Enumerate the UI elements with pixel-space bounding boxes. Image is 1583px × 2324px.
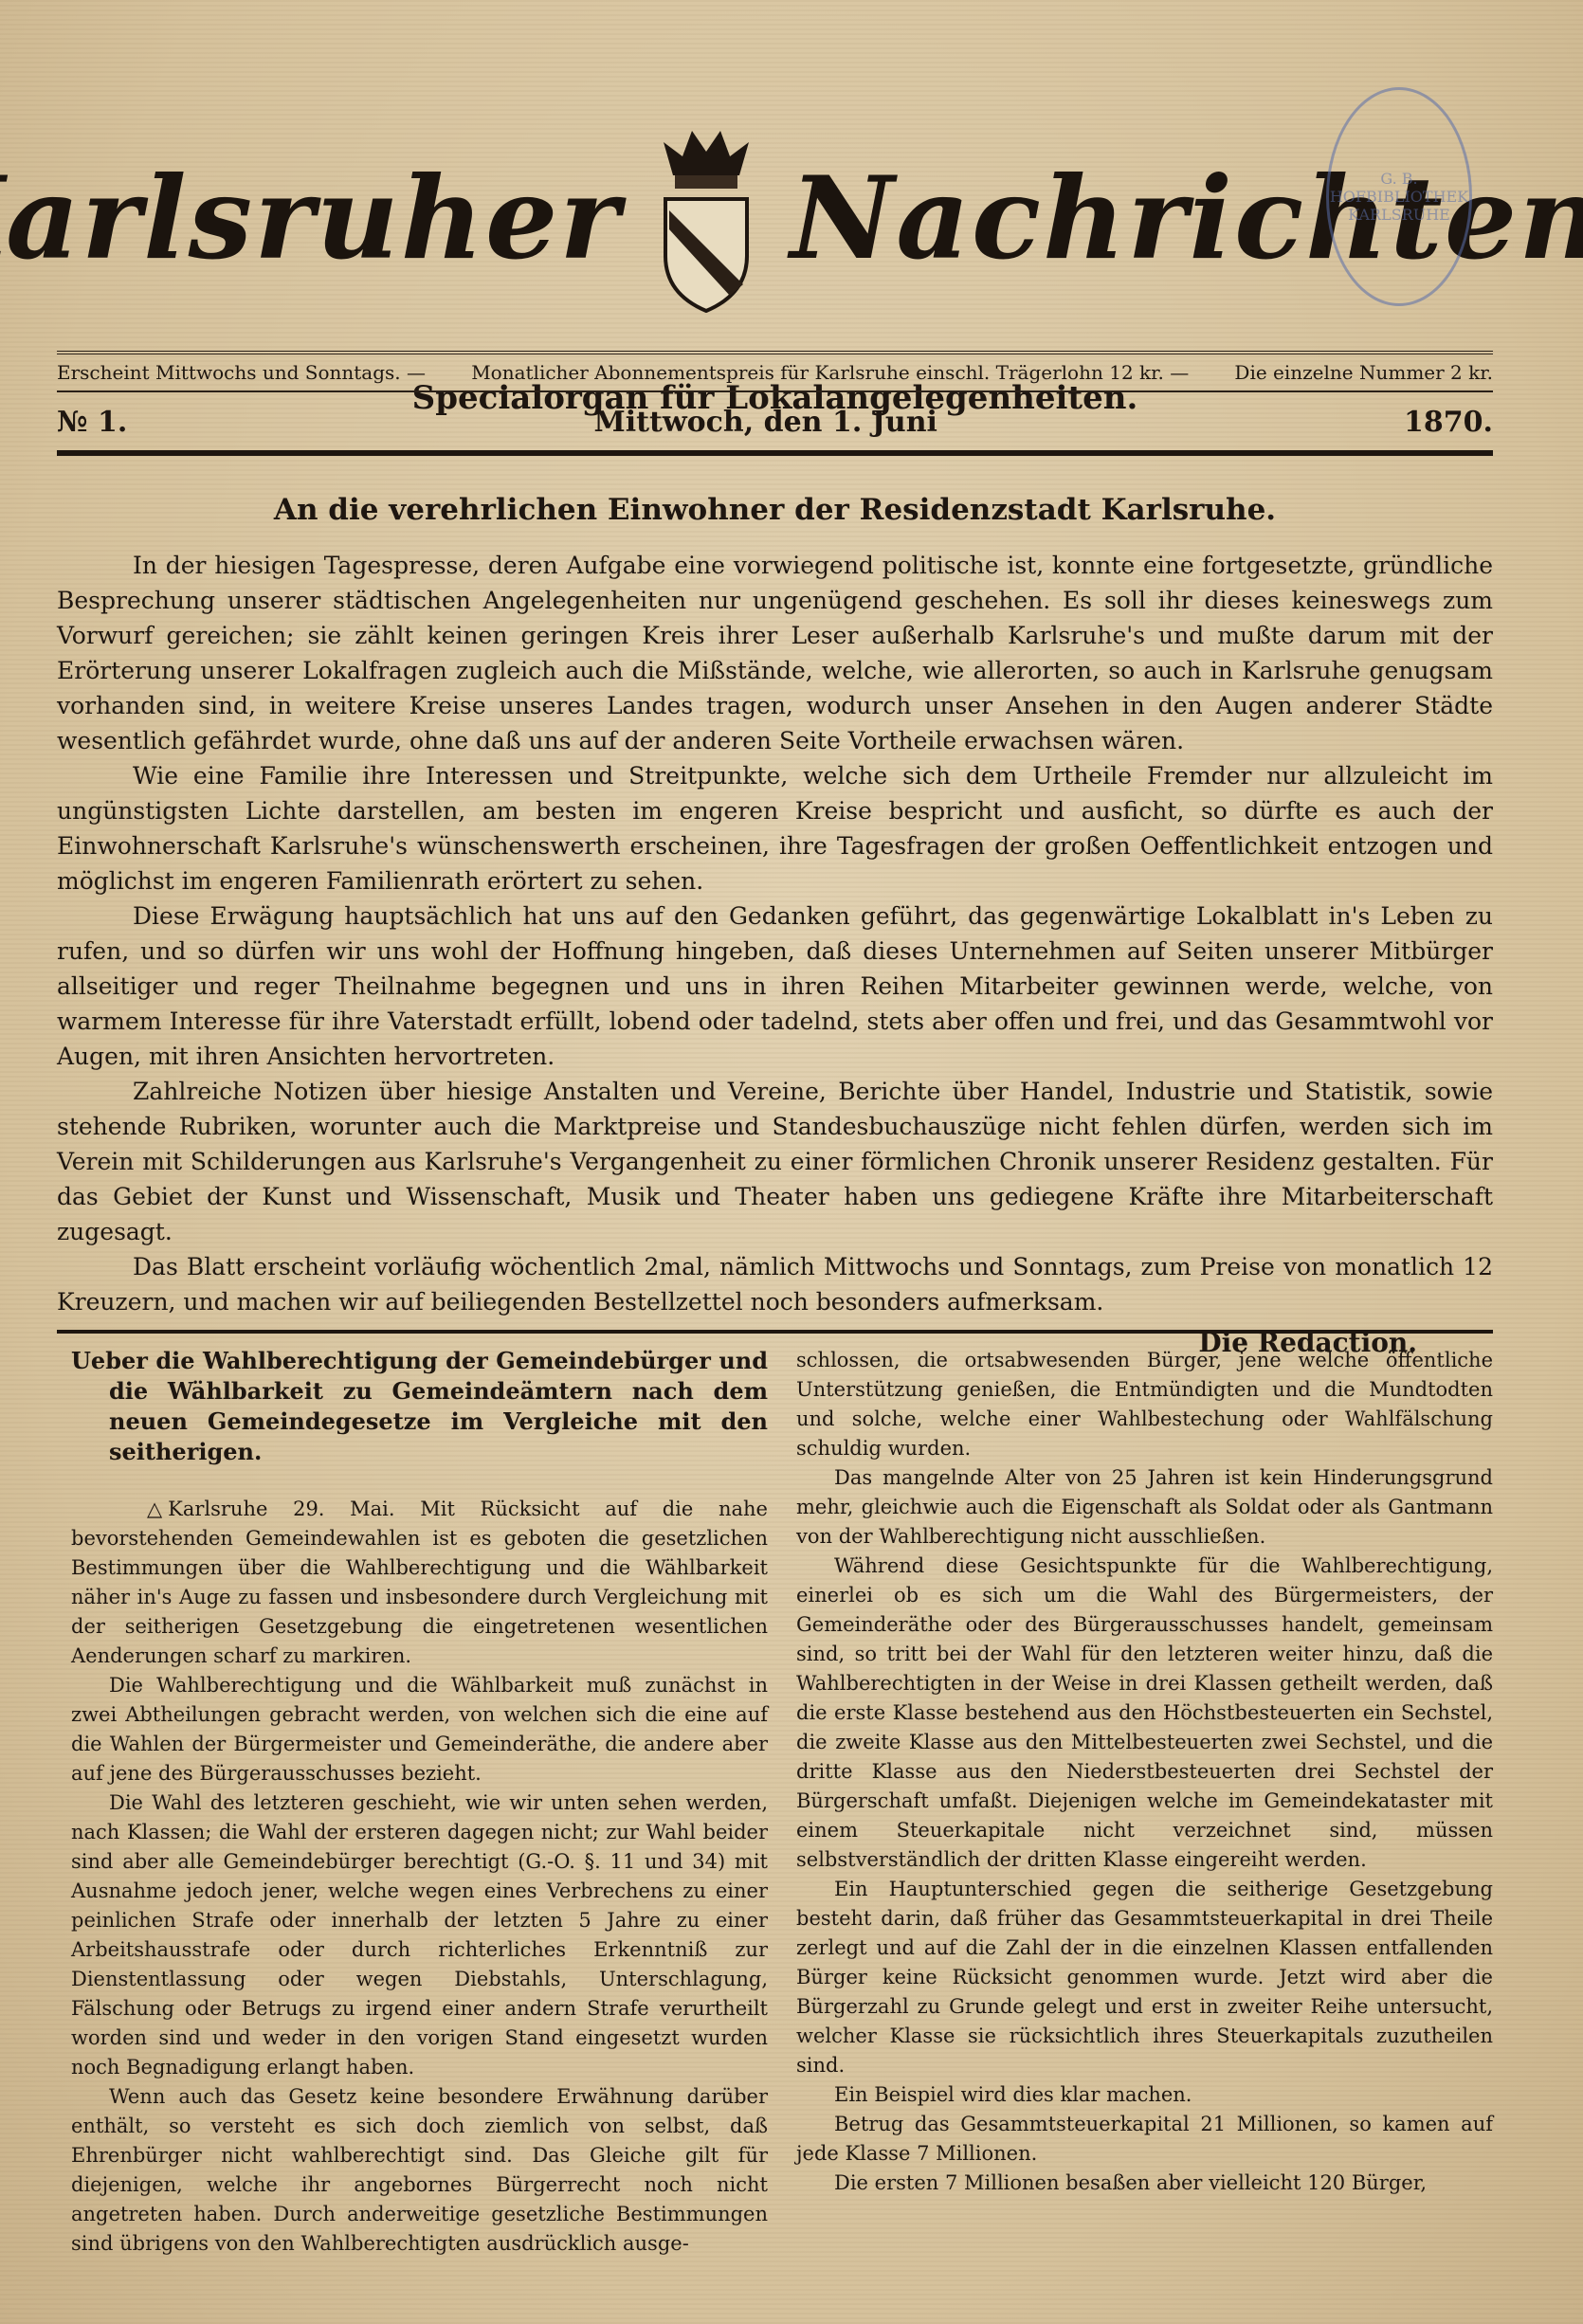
article-column-left: Ueber die Wahlberechtigung der Gemeindeb…	[71, 1346, 768, 2259]
issue-number: № 1.	[57, 406, 127, 439]
editorial-appeal: An die verehrlichen Einwohner der Reside…	[57, 493, 1493, 1358]
issue-year: 1870.	[1404, 406, 1493, 439]
appeal-paragraph: Zahlreiche Notizen über hiesige Anstalte…	[57, 1074, 1493, 1249]
schedule-text: Erscheint Mittwochs und Sonntags. —	[57, 361, 426, 384]
newspaper-page: Karlsruher Nachrichten. G. B. HOFBIBLIOT…	[0, 0, 1583, 2324]
triangle-dateline-icon: △	[109, 1494, 162, 1523]
article-columns: Ueber die Wahlberechtigung der Gemeindeb…	[71, 1346, 1493, 2259]
article-paragraph: Ein Hauptunterschied gegen die seitherig…	[796, 1875, 1493, 2080]
article-paragraph: Die ersten 7 Millionen besaßen aber viel…	[796, 2169, 1493, 2198]
article-paragraph: Während diese Gesichtspunkte für die Wah…	[796, 1552, 1493, 1875]
library-stamp: G. B. HOFBIBLIOTHEK KARLSRUHE	[1326, 87, 1472, 306]
dateline: № 1. Mittwoch, den 1. Juni 1870.	[57, 406, 1493, 456]
article-paragraph: Die Wahlberechtigung und die Wählbarkeit…	[71, 1671, 768, 1788]
article-paragraph: Das mangelnde Alter von 25 Jahren ist ke…	[796, 1463, 1493, 1552]
article-heading: Ueber die Wahlberechtigung der Gemeindeb…	[71, 1346, 768, 1467]
publication-info-bar: Erscheint Mittwochs und Sonntags. — Mona…	[57, 351, 1493, 392]
section-divider	[57, 1330, 1493, 1334]
article-paragraph: △Karlsruhe 29. Mai. Mit Rücksicht auf di…	[71, 1494, 768, 1671]
appeal-paragraph: Diese Erwägung hauptsächlich hat uns auf…	[57, 899, 1493, 1074]
article-paragraph: Ein Beispiel wird dies klar machen.	[796, 2080, 1493, 2110]
masthead: Karlsruher Nachrichten. G. B. HOFBIBLIOT…	[57, 85, 1493, 322]
crowned-shield-icon	[654, 123, 758, 313]
subscription-price: Monatlicher Abonnementspreis für Karlsru…	[471, 361, 1189, 384]
newspaper-title: Karlsruher Nachrichten.	[57, 123, 1493, 313]
article-paragraph: Die Wahl des letzteren geschieht, wie wi…	[71, 1788, 768, 2082]
article-paragraph: schlossen, die ortsabwesenden Bürger, je…	[796, 1346, 1493, 1463]
appeal-paragraph: In der hiesigen Tagespresse, deren Aufga…	[57, 548, 1493, 758]
appeal-paragraph: Das Blatt erscheint vorläufig wöchentlic…	[57, 1249, 1493, 1319]
article-column-right: schlossen, die ortsabwesenden Bürger, je…	[796, 1346, 1493, 2259]
appeal-paragraph: Wie eine Familie ihre Interessen und Str…	[57, 758, 1493, 899]
article-paragraph: Betrug das Gesammtsteuerkapital 21 Milli…	[796, 2110, 1493, 2169]
appeal-heading: An die verehrlichen Einwohner der Reside…	[57, 493, 1493, 527]
single-issue-price: Die einzelne Nummer 2 kr.	[1234, 361, 1493, 384]
issue-date: Mittwoch, den 1. Juni	[594, 406, 937, 439]
article-paragraph: Wenn auch das Gesetz keine besondere Erw…	[71, 2082, 768, 2259]
title-left: Karlsruher	[0, 152, 622, 285]
